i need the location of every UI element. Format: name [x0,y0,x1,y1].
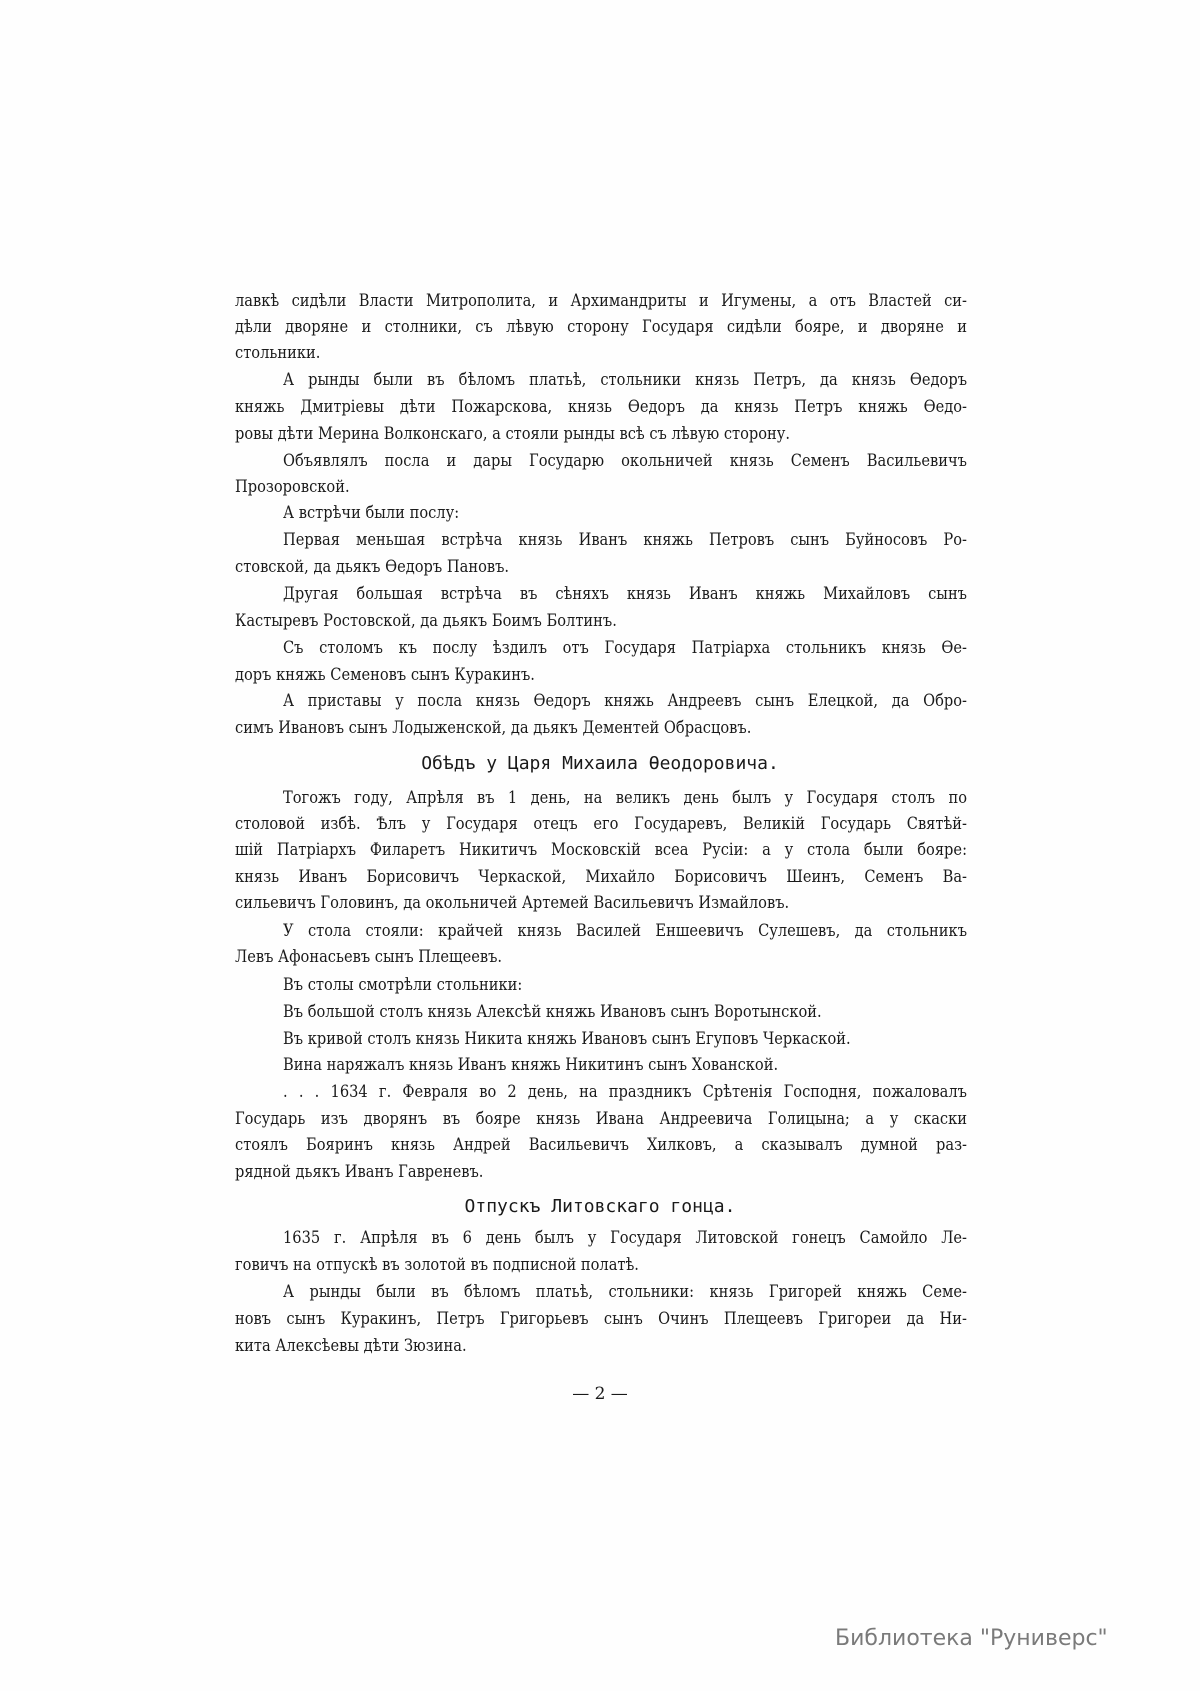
text-line: стовской, да дьякъ Ѳедоръ Пановъ. [235,556,967,578]
text-line: Вина наряжалъ князь Иванъ княжь Никитинъ… [283,1054,967,1076]
text-line: А приставы у посла князь Ѳедоръ княжь Ан… [283,690,967,712]
text-line: сильевичъ Головинъ, да окольничей Артеме… [235,892,967,914]
text-line: князь Иванъ Борисовичъ Черкаской, Михайл… [235,866,967,888]
text-line: Государь изъ дворянъ въ бояре князь Иван… [235,1108,967,1130]
text-line: Объявлялъ посла и дары Государю окольнич… [283,450,967,472]
text-line: говичъ на отпускѣ въ золотой въ подписно… [235,1254,967,1276]
text-line: кита Алексѣевы дѣти Зюзина. [235,1335,967,1357]
text-line: А встрѣчи были послу: [283,502,967,524]
text-line: Тогожъ году, Апрѣля въ 1 день, на великъ… [283,787,967,809]
text-line: . . . 1634 г. Февраля во 2 день, на праз… [283,1081,967,1103]
text-line: Съ столомъ къ послу ѣздилъ отъ Государя … [283,637,967,659]
text-line: Другая большая встрѣча въ сѣняхъ князь И… [283,583,967,605]
text-line: Въ кривой столъ князь Никита княжь Ивано… [283,1028,967,1050]
section-heading-dinner: Обѣдъ у Царя Михаила Ѳеодоровича. [0,753,1200,775]
library-watermark: Библиотека "Руниверс" [835,1626,1108,1651]
text-line: Левъ Афонасьевъ сынъ Плещеевъ. [235,946,967,968]
text-line: столовой избѣ. Ѣлъ у Государя отецъ его … [235,813,967,835]
page-number: — 2 — [0,1384,1200,1404]
text-line: Прозоровской. [235,476,967,498]
document-page: лавкѣ сидѣли Власти Митрополита, и Архим… [0,0,1200,1691]
text-line: 1635 г. Апрѣля въ 6 день былъ у Государя… [283,1227,967,1249]
text-line: стольники. [235,342,967,364]
text-line: Въ большой столъ князь Алексѣй княжь Ива… [283,1001,967,1023]
text-line: шій Патріархъ Филаретъ Никитичъ Московск… [235,839,967,861]
text-line: княжь Дмитріевы дѣти Пожарскова, князь Ѳ… [235,396,967,418]
text-line: рядной дьякъ Иванъ Гавреневъ. [235,1161,967,1183]
text-line: симъ Ивановъ сынъ Лодыженской, да дьякъ … [235,717,967,739]
section-heading-envoy-departure: Отпускъ Литовскаго гонца. [0,1196,1200,1218]
text-line: стоялъ Бояринъ князь Андрей Васильевичъ … [235,1134,967,1156]
text-line: новъ сынъ Куракинъ, Петръ Григорьевъ сын… [235,1308,967,1330]
text-line: Въ столы смотрѣли стольники: [283,974,967,996]
text-line: А рынды были въ бѣломъ платьѣ, стольники… [283,1281,967,1303]
text-line: Кастыревъ Ростовской, да дьякъ Боимъ Бол… [235,610,967,632]
text-line: У стола стояли: крайчей князь Василей Ен… [283,920,967,942]
text-line: дѣли дворяне и столники, съ лѣвую сторон… [235,316,967,338]
text-line: А рынды были въ бѣломъ платьѣ, стольники… [283,369,967,391]
text-line: доръ княжь Семеновъ сынъ Куракинъ. [235,664,967,686]
text-line: ровы дѣти Мерина Волконскаго, а стояли р… [235,423,967,445]
text-line: лавкѣ сидѣли Власти Митрополита, и Архим… [235,290,967,312]
text-line: Первая меньшая встрѣча князь Иванъ княжь… [283,529,967,551]
